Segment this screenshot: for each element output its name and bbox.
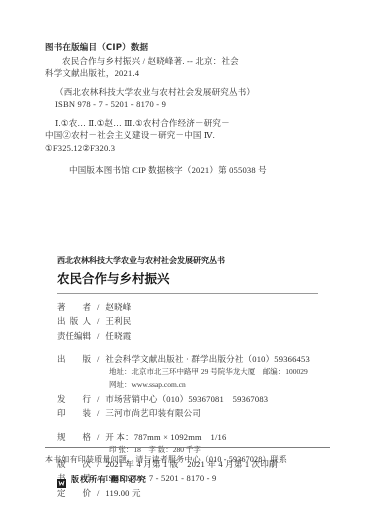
colophon-row-editor: 责任编辑 / 任晓霞 xyxy=(57,331,318,342)
bottom-divider xyxy=(45,447,330,448)
title-divider xyxy=(57,293,318,294)
row-value: 社会科学文献出版社 · 群学出版分社（010）59366453 xyxy=(105,354,318,365)
cip-record-line: 农民合作与乡村振兴 / 赵晓峰著. -- 北京：社会 xyxy=(45,55,330,68)
row-separator: / xyxy=(97,354,99,365)
row-label: 发行 xyxy=(57,394,91,405)
cip-series-line: （西北农林科技大学农业与农村社会发展研究丛书） xyxy=(45,86,330,99)
quality-service-note: 本书如有印装质量问题，请与读者服务中心（010 - 59367028）联系 xyxy=(45,454,330,465)
cip-class-line: ①F325.12②F320.3 xyxy=(45,142,330,155)
row-label: 著者 xyxy=(57,302,91,313)
book-copyright-page: 图书在版编目（CIP）数据 农民合作与乡村振兴 / 赵晓峰著. -- 北京：社会… xyxy=(0,0,375,520)
colophon-row-publisher: 出版 / 社会科学文献出版社 · 群学出版分社（010）59366453 xyxy=(57,354,318,365)
row-label: 出版人 xyxy=(57,316,91,327)
cip-section: 图书在版编目（CIP）数据 农民合作与乡村振兴 / 赵晓峰著. -- 北京：社会… xyxy=(45,42,330,177)
row-separator: / xyxy=(97,408,99,419)
cip-header: 图书在版编目（CIP）数据 xyxy=(45,42,330,55)
series-name: 西北农林科技大学农业与农村社会发展研究丛书 xyxy=(57,255,318,266)
copyright-line: 版权所有 翻印必究 xyxy=(57,474,330,485)
colophon-row-author: 著者 / 赵晓峰 xyxy=(57,302,318,313)
colophon-row-publisher-person: 出版人 / 王利民 xyxy=(57,316,318,327)
row-value: 三河市尚艺印装有限公司 xyxy=(105,408,318,419)
row-separator: / xyxy=(97,302,99,313)
row-value: 119.00 元 xyxy=(105,488,318,499)
row-label: 定价 xyxy=(57,488,91,499)
cip-registration-number: 中国版本图书馆 CIP 数据核字（2021）第 055038 号 xyxy=(45,164,330,177)
row-value: 王利民 xyxy=(105,316,318,327)
row-label: 出版 xyxy=(57,354,91,365)
row-value: 任晓霞 xyxy=(105,331,318,342)
colophon-row-printing: 印装 / 三河市尚艺印装有限公司 xyxy=(57,408,318,419)
cip-class-line: 中国②农村－社会主义建设－研究－中国 Ⅳ. xyxy=(45,129,330,142)
title-section: 西北农林科技大学农业与农村社会发展研究丛书 农民合作与乡村振兴 xyxy=(57,255,318,294)
row-label: 印装 xyxy=(57,408,91,419)
book-title: 农民合作与乡村振兴 xyxy=(57,269,318,287)
row-value: 开 本：787mm × 1092mm 1/16 xyxy=(105,432,318,443)
cip-record-line: 科学文献出版社，2021.4 xyxy=(45,67,330,80)
row-separator: / xyxy=(97,331,99,342)
colophon-row-price: 定价 / 119.00 元 xyxy=(57,488,318,499)
row-separator: / xyxy=(97,432,99,443)
row-label: 责任编辑 xyxy=(57,331,91,342)
colophon-row-distribution: 发行 / 市场营销中心（010）59367081 59367083 xyxy=(57,394,318,405)
row-separator: / xyxy=(97,488,99,499)
row-label: 规格 xyxy=(57,432,91,443)
row-value: 赵晓峰 xyxy=(105,302,318,313)
copyright-logo-icon xyxy=(57,475,66,484)
row-value: 市场营销中心（010）59367081 59367083 xyxy=(105,394,318,405)
cip-class-line: Ⅰ.①农… Ⅱ.①赵… Ⅲ.①农村合作经济－研究－ xyxy=(45,117,330,130)
colophon-row-format: 规格 / 开 本：787mm × 1092mm 1/16 xyxy=(57,432,318,443)
cip-isbn-line: ISBN 978 - 7 - 5201 - 8170 - 9 xyxy=(45,98,330,111)
bottom-section: 本书如有印装质量问题，请与读者服务中心（010 - 59367028）联系 版权… xyxy=(45,447,330,485)
publisher-website: 网址：www.ssap.com.cn xyxy=(109,380,318,391)
row-separator: / xyxy=(97,316,99,327)
publisher-address: 地址：北京市北三环中路甲 29 号院华龙大厦 邮编：100029 xyxy=(109,367,318,378)
row-separator: / xyxy=(97,394,99,405)
copyright-notice: 版权所有 翻印必究 xyxy=(71,474,147,485)
